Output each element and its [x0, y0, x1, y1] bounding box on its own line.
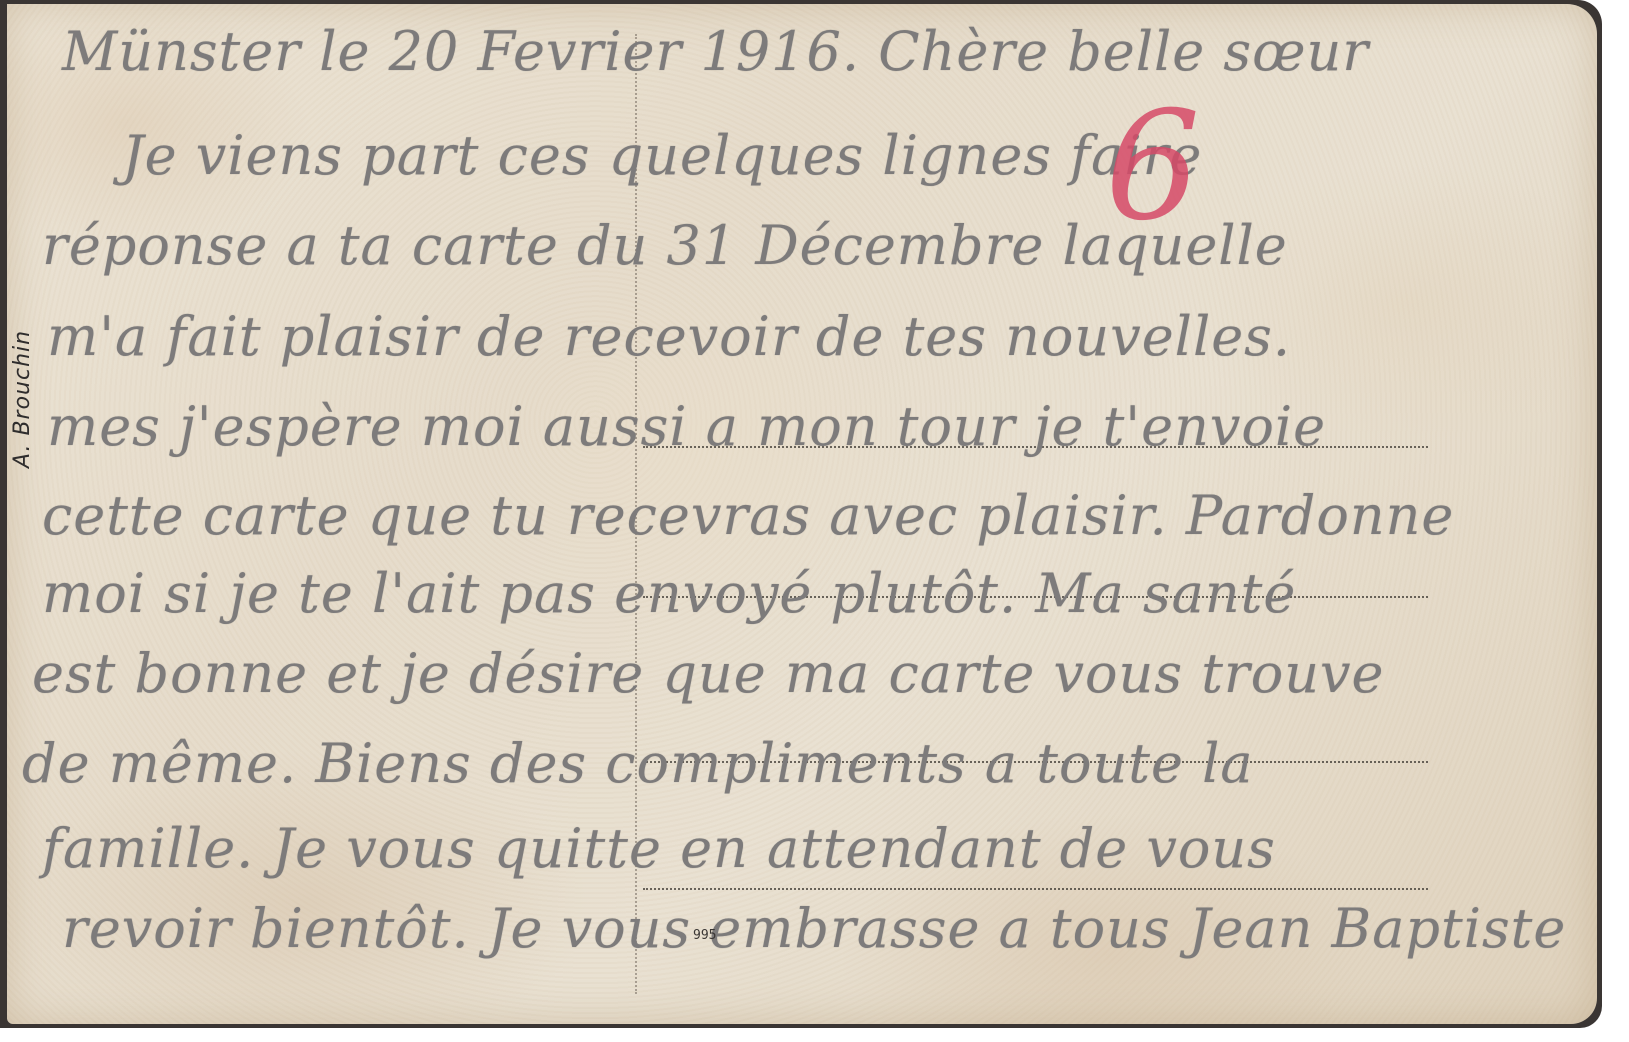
postcard-scan: Münster le 20 Fevrier 1916. Chère belle … [0, 0, 1629, 1042]
handwritten-line-2: Je viens part ces quelques lignes faire [122, 126, 1202, 186]
printed-stamp-number: 995 [693, 928, 716, 943]
vertical-signature: A. Brouchin [10, 330, 35, 468]
handwritten-line-11: revoir bientôt. Je vous embrasse a tous … [62, 899, 1566, 959]
handwritten-line-10: famille. Je vous quitte en attendant de … [42, 819, 1276, 879]
address-line [643, 888, 1428, 890]
handwritten-line-6: cette carte que tu recevras avec plaisir… [42, 486, 1454, 546]
handwritten-line-4: m'a fait plaisir de recevoir de tes nouv… [47, 307, 1291, 367]
handwritten-line-5: mes j'espère moi aussi a mon tour je t'e… [47, 397, 1326, 457]
handwritten-line-9: de même. Biens des compliments a toute l… [22, 734, 1254, 794]
red-page-number: 6 [1105, 92, 1200, 242]
handwritten-line-3: réponse a ta carte du 31 Décembre laquel… [42, 216, 1288, 276]
postcard: Münster le 20 Fevrier 1916. Chère belle … [7, 4, 1597, 1024]
handwritten-line-1: Münster le 20 Fevrier 1916. Chère belle … [62, 22, 1369, 82]
handwritten-line-7: moi si je te l'ait pas envoyé plutôt. Ma… [42, 564, 1296, 624]
handwritten-line-8: est bonne et je désire que ma carte vous… [32, 644, 1384, 704]
